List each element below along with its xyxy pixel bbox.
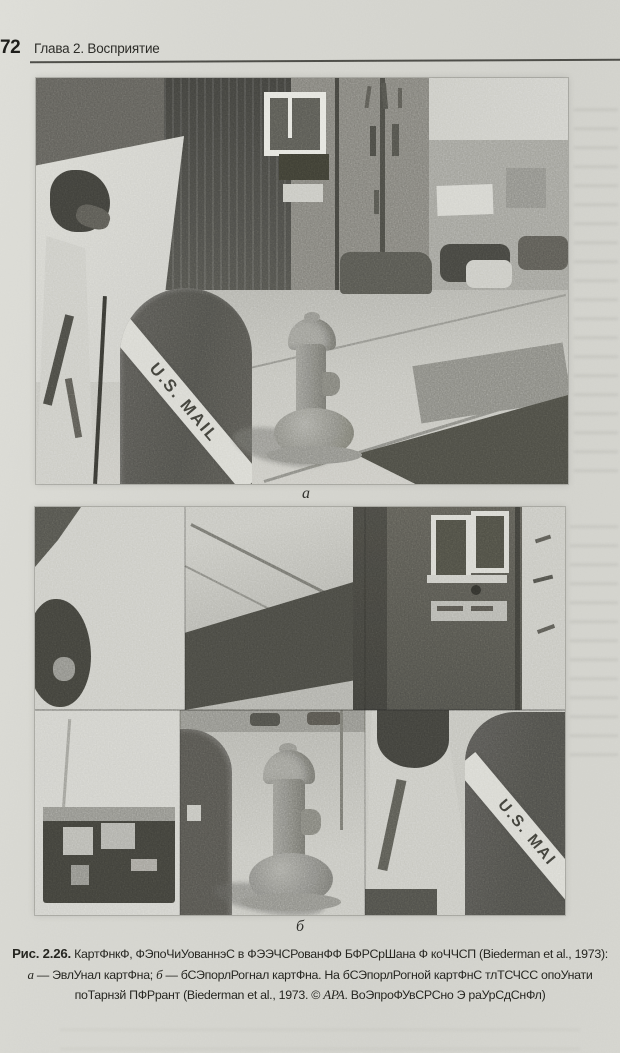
tile-tr-window-1 [431,515,471,581]
scanned-book-page: 72 Глава 2. Восприятие [0,0,620,1053]
tile-br-us-mail-text: U.S. MAI [493,796,559,870]
building-far-right [506,168,546,208]
us-mail-box: U.S. MAIL [120,288,252,484]
tile-bm-car-2 [307,712,341,725]
seam-v2 [364,507,366,710]
window-mullion [288,98,292,138]
bleedthrough-text-right-bottom [570,516,618,756]
us-mail-stripe: U.S. MAIL [120,314,252,484]
tile-br-head [377,710,449,768]
photo-jumbled-scene: U.S. MAI [35,507,565,915]
seam-v1 [184,507,186,710]
tile-br-us-mail-stripe: U.S. MAI [465,752,565,914]
caption-line-3: поТарнзй ПФРрант (Biederman et al., 1973… [10,985,610,1006]
utility-pole [335,78,339,303]
sky-mark-6 [374,190,379,214]
tile-tl-face-patch [53,657,75,681]
tile-bl-window-2 [101,823,135,849]
figure-number: Рис. 2.26. [12,946,71,961]
tile-tr-pole [515,507,520,710]
caption-line-1: Рис. 2.26. КартФнкФ, ФЭпоЧиУованнэС в ФЭ… [10,944,610,965]
storefront-sign-dark [279,154,329,180]
header-rule [30,59,620,64]
parked-car-white [466,260,512,288]
tile-bm-pole [340,710,343,830]
photo-a-label: а [302,485,310,503]
hydrant-nozzle [322,372,340,396]
seam-v4 [364,710,366,915]
page-number: 72 [0,37,20,59]
bleedthrough-text-right-top [574,92,618,472]
window-frame [264,92,326,156]
caption-line-3-pre: поТарнзй ПФРрант (Biederman et al., 1973… [75,988,324,1002]
caption-apa: APA [323,987,344,1002]
tile-bl-marquee [43,807,175,821]
photo-original-scene: U.S. MAIL [36,78,568,484]
tile-tr-window-2 [471,511,509,573]
tile-bm-hydrant-nozzle [301,809,321,835]
tile-bm-car-1 [250,713,280,726]
us-mail-text: U.S. MAIL [145,359,223,446]
tile-tr-sill [427,575,507,583]
hydrant-finial [304,312,320,322]
billboard-white [436,184,493,216]
tile-tr-clock [471,585,481,595]
caption-line-1-text: КартФнкФ, ФЭпоЧиУованнэС в ФЭЭЧСРованФФ … [74,947,608,961]
tile-br-mailbox: U.S. MAI [465,712,565,915]
tile-bm-mailbox-label [187,805,201,821]
figure-caption: Рис. 2.26. КартФнкФ, ФЭпоЧиУованнэС в ФЭ… [10,944,610,1006]
tile-bl-door [71,865,89,885]
tile-tr-dark-edge [353,507,387,710]
tile-bl-sign [131,859,157,871]
photo-b-label: б [296,918,304,936]
tile-tr-sign-text-1 [437,606,463,611]
seam-horizontal [35,709,565,711]
tile-tr-sign-text-2 [471,606,493,611]
tile-bl-storefront [43,807,175,903]
hydrant-foot [266,446,362,464]
tile-br-dark-patch [365,889,437,915]
bleedthrough-text-bottom [60,1020,580,1050]
parked-car-1 [340,252,432,294]
sky-mark-5 [392,124,399,156]
caption-line-2: а — ЭвлУнал картФна; б — бСЭпорлРогнал к… [10,965,610,986]
sky-mark-3 [398,88,402,108]
seam-v3 [179,710,181,915]
chapter-header: Глава 2. Восприятие [34,41,160,56]
storefront-sign-light [283,184,323,202]
caption-line-3-post: . ВоЭпроФУвСРСно Э раУрСдСнФл) [345,988,546,1002]
sky-mark-4 [370,126,376,156]
tile-bl-window-1 [63,827,93,855]
tile-tr-sign [431,601,507,621]
parked-car-3 [518,236,568,270]
caption-item-b-text: — бСЭпорлРогнал картФна. На бСЭпорлРогно… [162,968,592,982]
tile-bm-hydrant-foot [241,893,341,911]
caption-item-a-text: — ЭвлУнал картФна; [34,968,156,982]
